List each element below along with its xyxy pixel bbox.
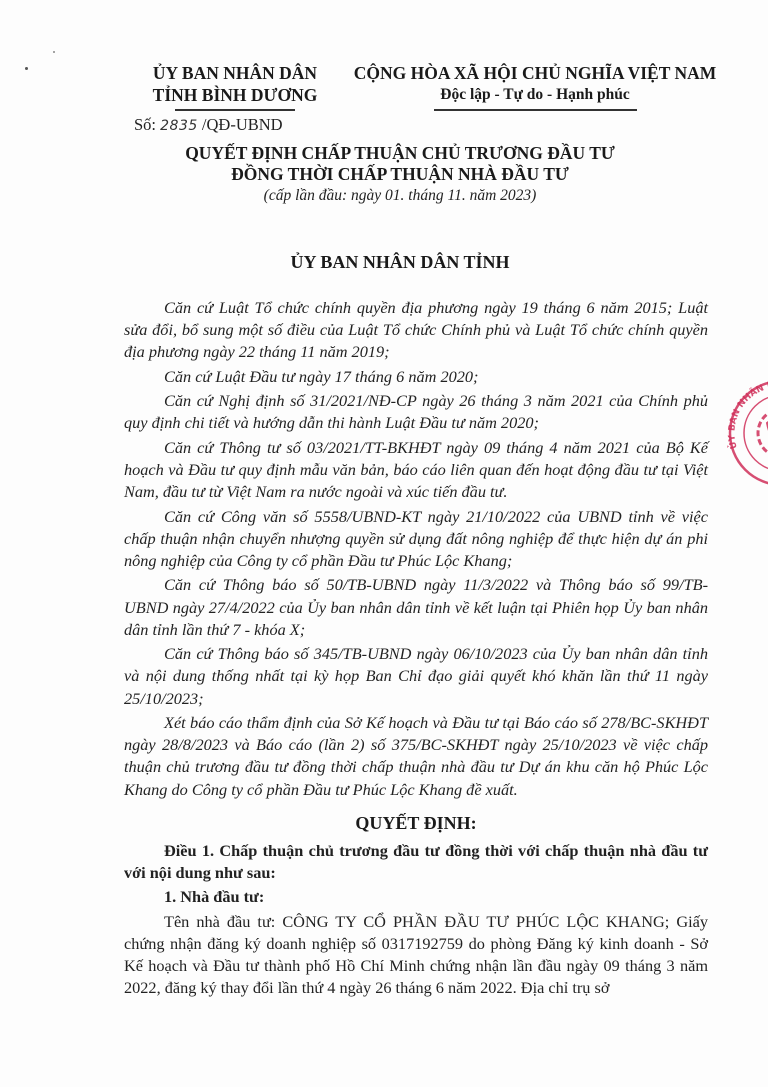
- document-number: Số: 2835 /QĐ-UBND: [134, 115, 283, 135]
- svg-text:ỦY BAN NHÂN DÂN: ỦY BAN NHÂN DÂN: [727, 378, 768, 451]
- scan-speck: [53, 51, 55, 53]
- official-seal-icon: ỦY BAN NHÂN DÂN: [727, 378, 768, 488]
- issuing-agency: ỦY BAN NHÂN DÂN TỈNH BÌNH DƯƠNG: [120, 62, 350, 111]
- preamble-paragraph: Căn cứ Thông báo số 50/TB-UBND ngày 11/3…: [124, 574, 708, 641]
- agency-line-2: TỈNH BÌNH DƯƠNG: [120, 84, 350, 106]
- doc-number-suffix: /QĐ-UBND: [198, 115, 283, 134]
- article-1: Điều 1. Chấp thuận chủ trương đầu tư đồn…: [124, 840, 708, 884]
- preamble-paragraph: Căn cứ Luật Tổ chức chính quyền địa phươ…: [124, 297, 708, 364]
- document-page: ỦY BAN NHÂN DÂN TỈNH BÌNH DƯƠNG CỘNG HÒA…: [0, 0, 768, 1087]
- national-header: CỘNG HÒA XÃ HỘI CHỦ NGHĨA VIỆT NAM Độc l…: [335, 62, 735, 111]
- doc-number-prefix: Số:: [134, 115, 156, 134]
- section-1-text: Tên nhà đầu tư: CÔNG TY CỔ PHẦN ĐẦU TƯ P…: [124, 911, 708, 1000]
- doc-number-handwritten: 2835: [160, 118, 198, 134]
- agency-line-1: ỦY BAN NHÂN DÂN: [120, 62, 350, 84]
- motto-underline: [434, 109, 637, 111]
- section-1-heading: 1. Nhà đầu tư:: [124, 886, 708, 908]
- preamble-paragraph: Căn cứ Luật Đầu tư ngày 17 tháng 6 năm 2…: [124, 366, 708, 388]
- title-line-1: QUYẾT ĐỊNH CHẤP THUẬN CHỦ TRƯƠNG ĐẦU TƯ: [100, 143, 700, 164]
- authority-heading: ỦY BAN NHÂN DÂN TỈNH: [100, 252, 700, 273]
- preamble-paragraph: Căn cứ Thông tư số 03/2021/TT-BKHĐT ngày…: [124, 437, 708, 504]
- scan-speck: [25, 67, 28, 70]
- document-body: Căn cứ Luật Tổ chức chính quyền địa phươ…: [124, 297, 708, 1002]
- national-motto: Độc lập - Tự do - Hạnh phúc: [335, 84, 735, 106]
- title-subtitle: (cấp lần đầu: ngày 01. tháng 11. năm 202…: [100, 185, 700, 207]
- agency-underline: [175, 109, 295, 111]
- preamble-paragraph: Căn cứ Công văn số 5558/UBND-KT ngày 21/…: [124, 506, 708, 573]
- stamp-text: ỦY BAN NHÂN DÂN: [727, 378, 768, 451]
- document-title: QUYẾT ĐỊNH CHẤP THUẬN CHỦ TRƯƠNG ĐẦU TƯ …: [100, 143, 700, 207]
- title-line-2: ĐỒNG THỜI CHẤP THUẬN NHÀ ĐẦU TƯ: [100, 164, 700, 185]
- preamble-paragraph: Căn cứ Thông báo số 345/TB-UBND ngày 06/…: [124, 643, 708, 710]
- nation-name: CỘNG HÒA XÃ HỘI CHỦ NGHĨA VIỆT NAM: [335, 62, 735, 84]
- decision-heading: QUYẾT ĐỊNH:: [124, 812, 708, 834]
- preamble-paragraph: Xét báo cáo thẩm định của Sở Kế hoạch và…: [124, 712, 708, 801]
- preamble-paragraph: Căn cứ Nghị định số 31/2021/NĐ-CP ngày 2…: [124, 390, 708, 434]
